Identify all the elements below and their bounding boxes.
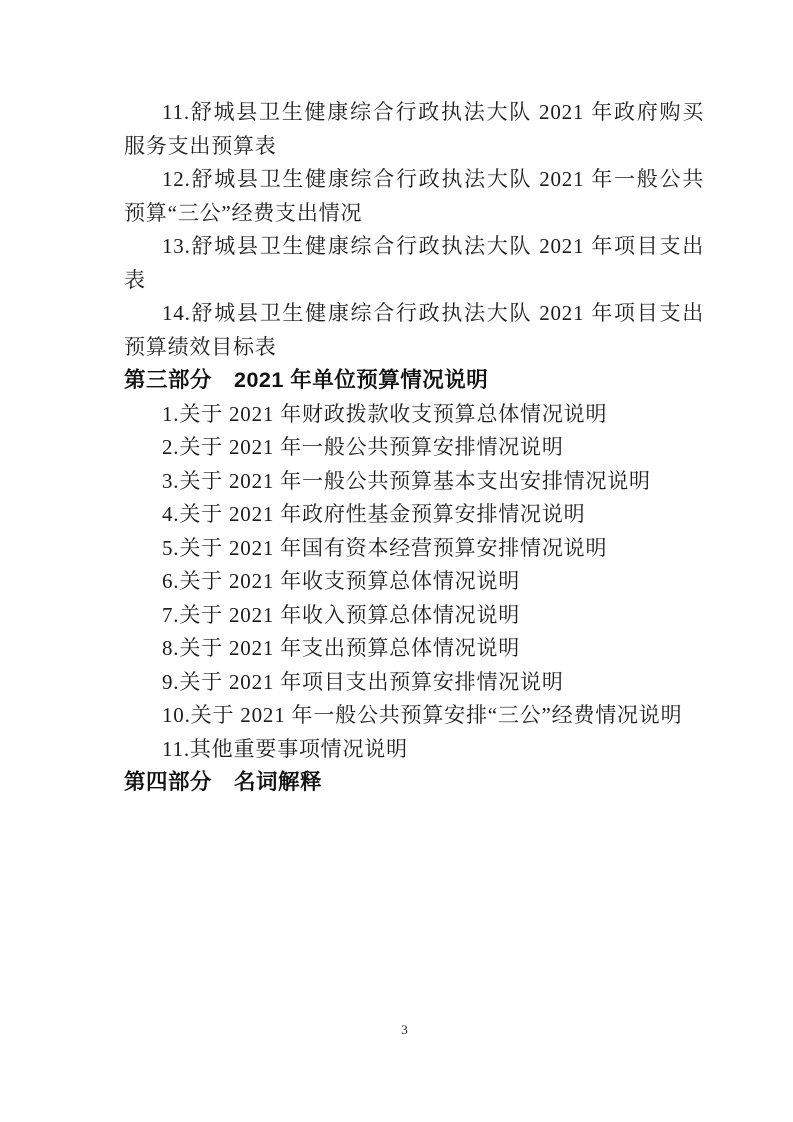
part3-item-8: 8.关于 2021 年支出预算总体情况说明 [124, 632, 704, 666]
part3-item-3: 3.关于 2021 年一般公共预算基本支出安排情况说明 [124, 465, 704, 499]
part3-item-10: 10.关于 2021 年一般公共预算安排“三公”经费情况说明 [124, 699, 704, 733]
part3-item-7: 7.关于 2021 年收入预算总体情况说明 [124, 599, 704, 633]
part3-item-6: 6.关于 2021 年收支预算总体情况说明 [124, 565, 704, 599]
page-footer: 3 [0, 1021, 793, 1039]
part4-heading: 第四部分 名词解释 [124, 766, 704, 800]
part3-item-9: 9.关于 2021 年项目支出预算安排情况说明 [124, 666, 704, 700]
part3-heading: 第三部分 2021 年单位预算情况说明 [124, 364, 704, 398]
part3-item-5: 5.关于 2021 年国有资本经营预算安排情况说明 [124, 532, 704, 566]
toc-content: 11.舒城县卫生健康综合行政执法大队 2021 年政府购买服务支出预算表 12.… [124, 96, 704, 800]
toc-item-13: 13.舒城县卫生健康综合行政执法大队 2021 年项目支出表 [124, 230, 704, 297]
part3-item-4: 4.关于 2021 年政府性基金预算安排情况说明 [124, 498, 704, 532]
toc-item-12: 12.舒城县卫生健康综合行政执法大队 2021 年一般公共预算“三公”经费支出情… [124, 163, 704, 230]
part3-item-2: 2.关于 2021 年一般公共预算安排情况说明 [124, 431, 704, 465]
part3-item-11: 11.其他重要事项情况说明 [124, 733, 704, 767]
document-page: 11.舒城县卫生健康综合行政执法大队 2021 年政府购买服务支出预算表 12.… [0, 0, 793, 1122]
toc-item-11: 11.舒城县卫生健康综合行政执法大队 2021 年政府购买服务支出预算表 [124, 96, 704, 163]
part3-item-1: 1.关于 2021 年财政拨款收支预算总体情况说明 [124, 398, 704, 432]
toc-item-14: 14.舒城县卫生健康综合行政执法大队 2021 年项目支出预算绩效目标表 [124, 297, 704, 364]
page-number: 3 [385, 1022, 408, 1037]
